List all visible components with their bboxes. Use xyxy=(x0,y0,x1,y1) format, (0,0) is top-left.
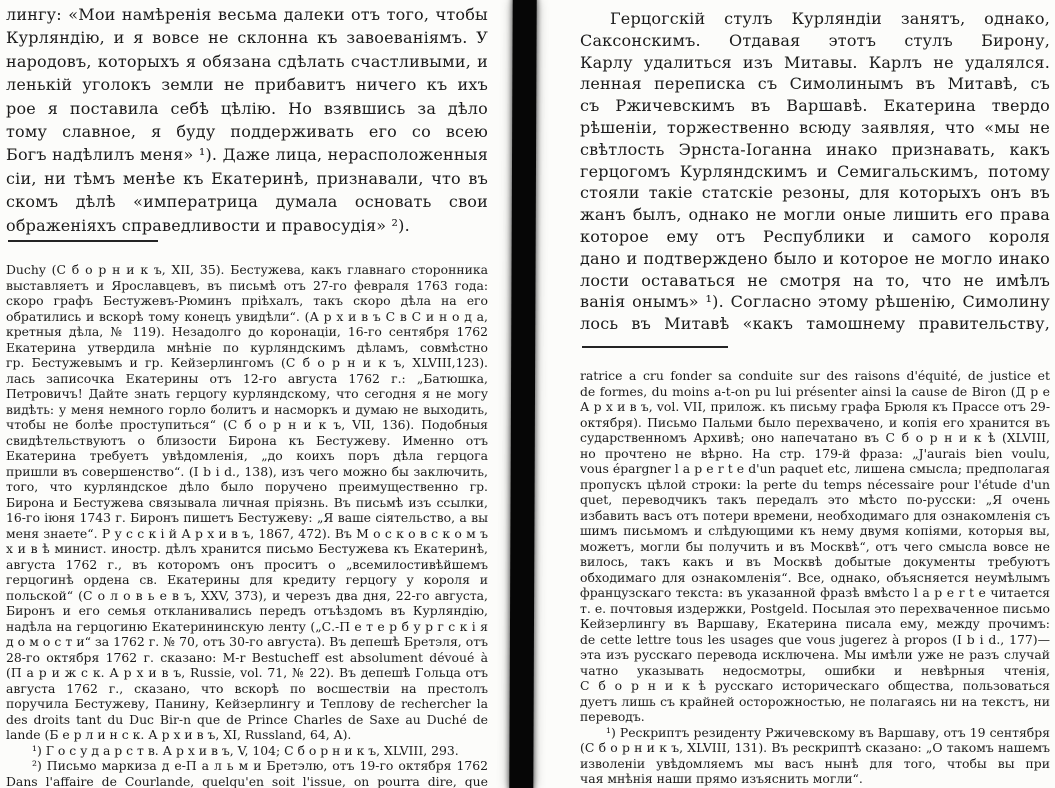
footnote-line: французскаго текста: въ указанной фразѣ … xyxy=(580,585,1050,601)
footnote-line: переводъ. xyxy=(580,709,1050,725)
right-main-text: Герцогскій стулъ Курляндіи занятъ, однак… xyxy=(580,8,1050,335)
footnote-line: кретныя дѣла, № 119). Незадолго до корон… xyxy=(6,324,488,340)
left-page: лингу: «Мои намѣренія весьма далеки отъ … xyxy=(6,3,488,788)
text-line: лось въ Митавѣ «какъ тамошнему правитель… xyxy=(580,313,1050,335)
footnote-line: чтобы не болѣе проступиться“ (С б о р н … xyxy=(6,417,488,433)
footnote-line: Биронъ и его семья откланивались передъ … xyxy=(6,603,488,619)
text-line: ображеніяхъ справедливости и правосудія»… xyxy=(6,214,488,237)
footnote-line: можетъ, могли бы получить и въ Москвѣ“, … xyxy=(580,539,1050,555)
footnote-line: надѣла на герцогиню Екатерининскую ленту… xyxy=(6,619,488,635)
text-line: свѣтлость Эрнста-Іоганна инако признават… xyxy=(580,139,1050,161)
footnote-line: эта изъ русскаго перевода исключена. Мы … xyxy=(580,647,1050,663)
footnote-line: А р х и в ъ, vol. VII, прилож. къ письму… xyxy=(580,399,1050,415)
footnote-line: de cette lettre tous les usages que vous… xyxy=(580,632,1050,648)
text-line: жанъ былъ, однако не могли оные лишить е… xyxy=(580,204,1050,226)
right-footnotes: ratrice a cru fonder sa conduite sur des… xyxy=(580,368,1050,787)
footnote-line: чая мнѣнія наши прямо изъяснить могли“. xyxy=(580,771,1050,787)
text-line: герцогомъ Курляндскимъ и Семигальскимъ, … xyxy=(580,161,1050,183)
text-line: рое я поставила себѣ цѣлію. Но взявшись … xyxy=(6,97,488,120)
footnote-line: (С б о р н и к ъ, XLVIII, 131). Въ рескр… xyxy=(580,740,1050,756)
footnote-line: польской“ (С о л о в ь е в ъ, XXV, 373),… xyxy=(6,588,488,604)
footnote-line: vous épargner l a p e r t e d'un paquet … xyxy=(580,461,1050,477)
text-line: рѣшеніи, торжественно всюду заявляя, что… xyxy=(580,117,1050,139)
footnote-line: ratrice a cru fonder sa conduite sur des… xyxy=(580,368,1050,384)
footnote-line: обратились и вскорѣ тому конецъ увидѣли“… xyxy=(6,309,488,325)
text-line: скомъ дѣлѣ «императрица думала основать … xyxy=(6,190,488,213)
footnote-line: герцогинѣ ордена св. Екатерины для креди… xyxy=(6,572,488,588)
book-gutter-shadow xyxy=(509,0,536,788)
footnote-line: видѣть: у меня немного горло болитъ и на… xyxy=(6,402,488,418)
footnote-line: Бирона и Бестужева связывала личная прія… xyxy=(6,495,488,511)
text-line: дано и подтверждено было и которое не мо… xyxy=(580,248,1050,270)
footnote-line: выставляетъ и Ярославцевъ, въ письмѣ отъ… xyxy=(6,278,488,294)
text-line: которое ему отъ Республики и самого коро… xyxy=(580,226,1050,248)
footnote-line: lande (Б е р л и н с к. А р х и в ъ, XI,… xyxy=(6,727,488,743)
text-line: стояли такіе статскіе резоны, для которы… xyxy=(580,182,1050,204)
text-line: Саксонскимъ. Отдавая этотъ стулъ Бирону,… xyxy=(580,30,1050,52)
footnote-line: Екатерина требуетъ увѣдомленія, „до коих… xyxy=(6,448,488,464)
footnote-line: вилось, такъ какъ и въ Москвѣ добытые до… xyxy=(580,554,1050,570)
footnote-line: С б о р н и к ѣ русскаго историческаго о… xyxy=(580,678,1050,694)
right-page: Герцогскій стулъ Курляндіи занятъ, однак… xyxy=(580,8,1050,788)
footnote-line: но прочтено не вѣрно. На стр. 179-й фраз… xyxy=(580,446,1050,462)
text-line: Богъ надѣлилъ меня» ¹). Даже лица, нерас… xyxy=(6,143,488,166)
text-line: Герцогскій стулъ Курляндіи занятъ, однак… xyxy=(580,8,1050,30)
footnote-line: октября). Письмо Пальми было перехвачено… xyxy=(580,415,1050,431)
footnote-line: пропускъ цѣлой строки: la perte du temps… xyxy=(580,477,1050,493)
footnote-line: ²) Письмо маркиза д е-П а л ь м и Бретэл… xyxy=(6,758,488,774)
footnote-line: т. е. почтовыя издержки, Postgeld. Посыл… xyxy=(580,601,1050,617)
footnote-line: Duchy (С б о р н и к ъ, XII, 35). Бестуж… xyxy=(6,262,488,278)
text-line: Курляндію, и я вовсе не склонна къ завое… xyxy=(6,26,488,49)
footnote-line: Dans l'affaire de Courlande, quelqu'en s… xyxy=(6,774,488,788)
text-line: ленькій уголокъ земли не прибавитъ ничег… xyxy=(6,73,488,96)
footnote-line: свидѣтельствуютъ о близости Бирона къ Бе… xyxy=(6,433,488,449)
footnote-line: Екатерина утвердила мнѣніе по курляндски… xyxy=(6,340,488,356)
footnote-line: х и в ѣ минист. иностр. дѣлъ хранится пи… xyxy=(6,541,488,557)
text-line: ленная переписка съ Симолинымъ въ Митавѣ… xyxy=(580,73,1050,95)
text-line: ванія онымъ» ¹). Согласно этому рѣшенію,… xyxy=(580,291,1050,313)
footnote-line: Петровичъ! Дайте знать герцогу курляндск… xyxy=(6,386,488,402)
footnote-line: меня знаете“. Р у с с к і й А р х и в ъ,… xyxy=(6,526,488,542)
footnote-line: (П а р и ж с к. А р х и в ъ, Russie, vol… xyxy=(6,665,488,681)
footnote-line: сударственномъ Архивѣ; оно напечатано въ… xyxy=(580,430,1050,446)
footnote-line: de formes, du moins a-t-on pu lui présen… xyxy=(580,384,1050,400)
footnote-line: ¹) Рескриптъ резиденту Ржичевскому въ Ва… xyxy=(580,725,1050,741)
footnote-line: д о м о с т и“ за 1762 г. № 70, отъ 30-г… xyxy=(6,634,488,650)
text-line: Карлу удалиться изъ Митавы. Карлъ не уда… xyxy=(580,52,1050,74)
footnote-line: лась записочка Екатерины отъ 12-го авгус… xyxy=(6,371,488,387)
text-line: лингу: «Мои намѣренія весьма далеки отъ … xyxy=(6,3,488,26)
footnote-line: дуетъ лишь съ крайней осторожностью, не … xyxy=(580,694,1050,710)
footnote-line: избавить васъ отъ потери времени, необхо… xyxy=(580,508,1050,524)
left-footnote-separator xyxy=(8,240,158,242)
footnote-line: 16-го іюня 1743 г. Биронъ пишетъ Бестуже… xyxy=(6,510,488,526)
footnote-line: 28-го октября 1762 г. сказано: M-r Bestu… xyxy=(6,650,488,666)
footnote-line: поручила Бестужеву, Панину, Кейзерлингу … xyxy=(6,696,488,712)
footnote-line: августа 1762 г., сказано, что вскорѣ по … xyxy=(6,681,488,697)
footnote-line: пришли въ совершенство“. (I b i d., 138)… xyxy=(6,464,488,480)
text-line: лости оставаться не смотря на то, что не… xyxy=(580,270,1050,292)
left-footnotes: Duchy (С б о р н и к ъ, XII, 35). Бестуж… xyxy=(6,262,488,788)
footnote-line: quet, переводчикъ такъ передалъ это мѣст… xyxy=(580,492,1050,508)
footnote-line: Кейзерлингу въ Варшаву, Екатерина писала… xyxy=(580,616,1050,632)
footnote-line: гр. Бестужевымъ и гр. Кейзерлингомъ (С б… xyxy=(6,355,488,371)
text-line: народовъ, которыхъ я обязана сдѣлать сча… xyxy=(6,50,488,73)
left-main-text: лингу: «Мои намѣренія весьма далеки отъ … xyxy=(6,3,488,237)
text-line: тому славное, я буду поддерживать его со… xyxy=(6,120,488,143)
text-line: съ Ржичевскимъ въ Варшавѣ. Екатерина тве… xyxy=(580,95,1050,117)
footnote-line: шимъ письмомъ и слѣдующими къ нему двумя… xyxy=(580,523,1050,539)
right-footnote-separator xyxy=(582,346,728,348)
footnote-line: того, что курляндское дѣло было поручено… xyxy=(6,479,488,495)
text-line: сіи, ни тѣмъ менѣе къ Екатеринѣ, признав… xyxy=(6,167,488,190)
footnote-line: обходимаго для ознакомленія“. Все, однак… xyxy=(580,570,1050,586)
footnote-line: ¹) Г о с у д а р с т в. А р х и в ъ, V, … xyxy=(6,743,488,759)
footnote-line: августа 1762 г., въ которомъ онъ проситъ… xyxy=(6,557,488,573)
footnote-line: скоро графъ Бестужевъ-Рюминъ пріѣхалъ, т… xyxy=(6,293,488,309)
footnote-line: des droits tant du Duc Bir-n que de Prin… xyxy=(6,712,488,728)
footnote-line: чатно указывать недосмотры, ошибки и нев… xyxy=(580,663,1050,679)
footnote-line: изволеніи увѣдомляемъ мы васъ нынѣ для т… xyxy=(580,756,1050,772)
